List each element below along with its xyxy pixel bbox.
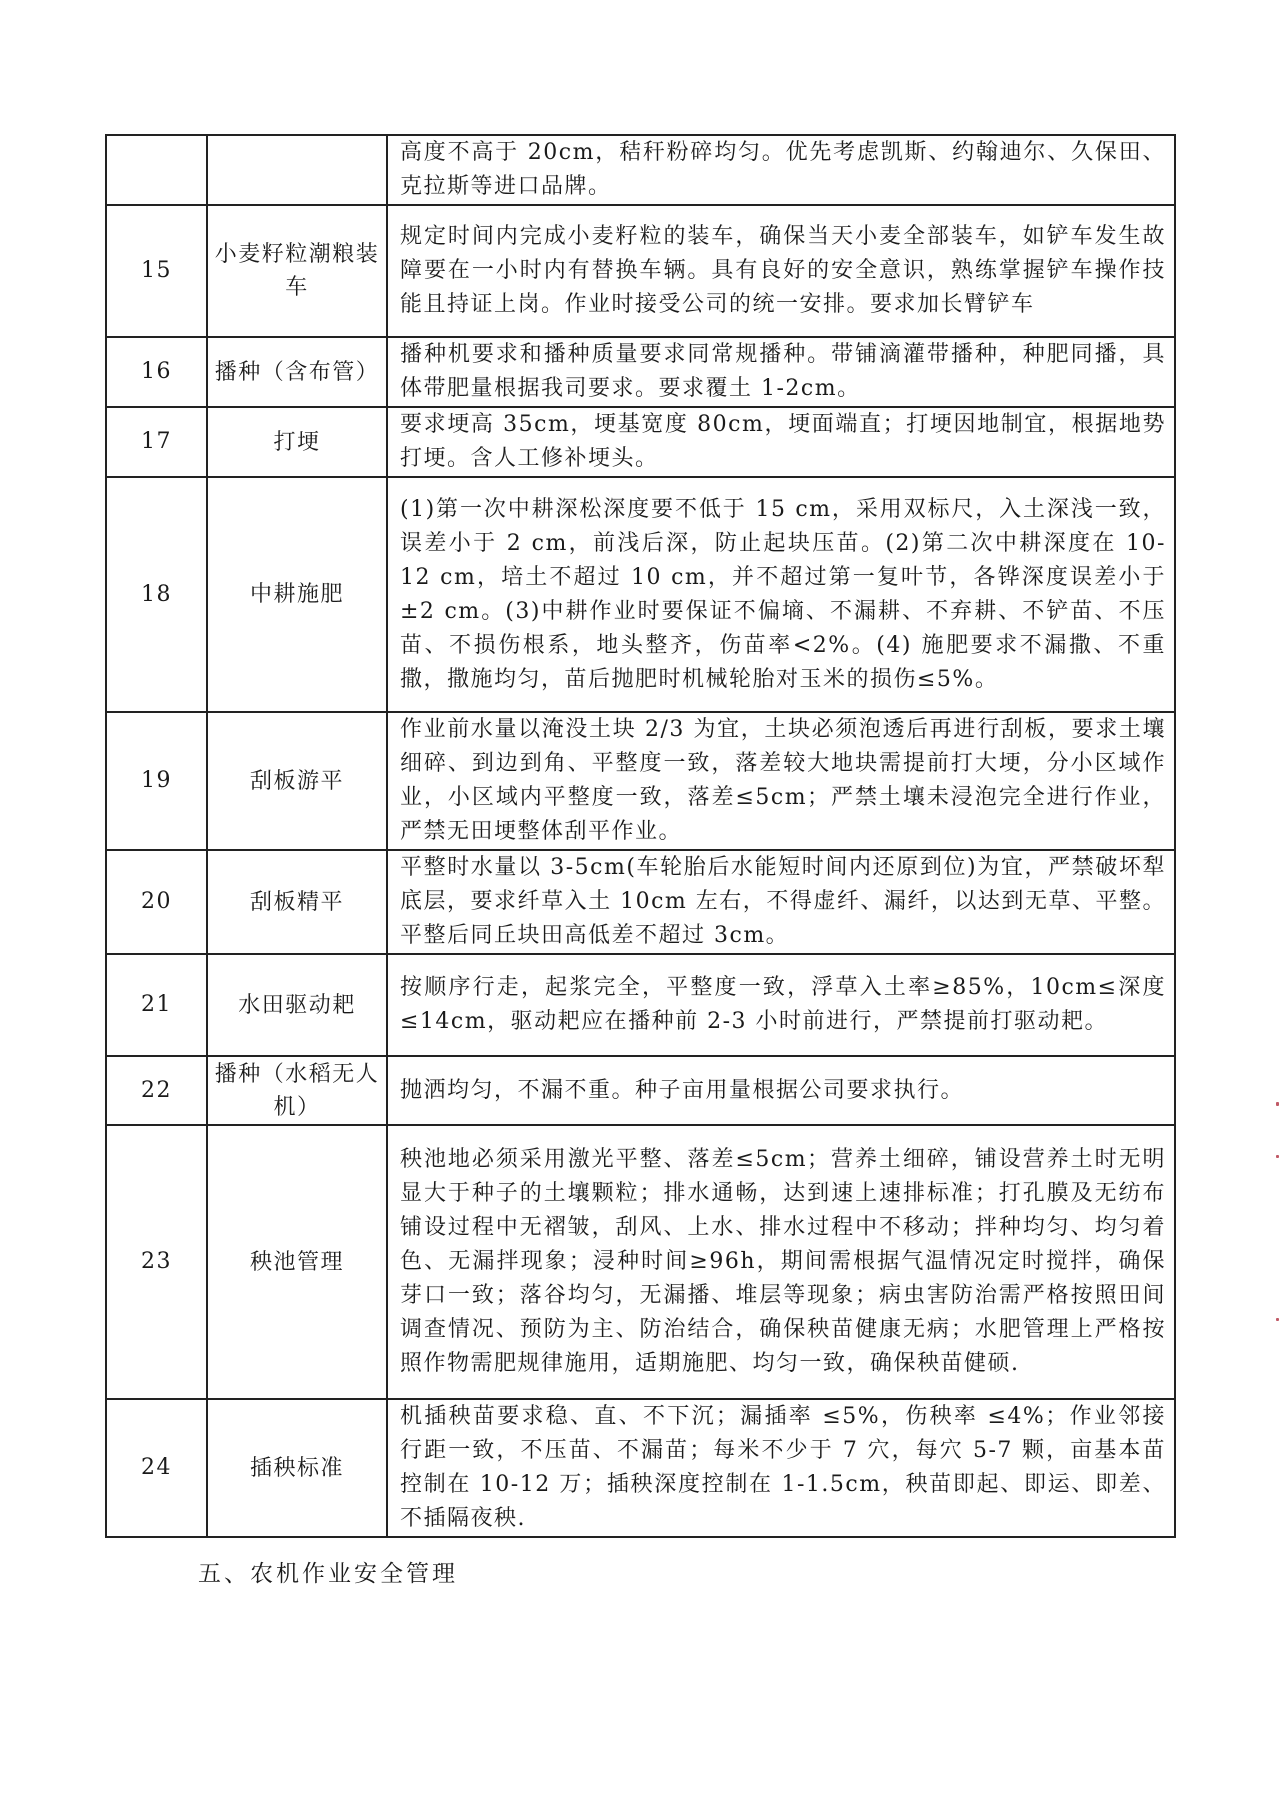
table-row: 18中耕施肥(1)第一次中耕深松深度要不低于 15 cm，采用双标尺，入土深浅一… (106, 477, 1175, 712)
row-item-name: 水田驱动耙 (207, 954, 387, 1056)
row-number: 21 (106, 954, 207, 1056)
table-row: 23秧池管理秧池地必须采用激光平整、落差≤5cm；营养土细碎，铺设营养土时无明显… (106, 1125, 1175, 1399)
row-item-name: 播种（含布管） (207, 337, 387, 407)
row-requirement: 平整时水量以 3-5cm(车轮胎后水能短时间内还原到位)为宜，严禁破坏犁底层，要… (387, 850, 1175, 954)
table-row: 高度不高于 20cm，秸秆粉碎均匀。优先考虑凯斯、约翰迪尔、久保田、克拉斯等进口… (106, 135, 1175, 205)
requirements-table: 高度不高于 20cm，秸秆粉碎均匀。优先考虑凯斯、约翰迪尔、久保田、克拉斯等进口… (105, 134, 1176, 1538)
row-item-name: 刮板精平 (207, 850, 387, 954)
row-item-name (207, 135, 387, 205)
row-requirement: 作业前水量以淹没土块 2/3 为宜，土块必须泡透后再进行刮板，要求土壤细碎、到边… (387, 712, 1175, 850)
row-number: 18 (106, 477, 207, 712)
row-requirement: 播种机要求和播种质量要求同常规播种。带铺滴灌带播种，种肥同播，具体带肥量根据我司… (387, 337, 1175, 407)
table-row: 24插秧标准机插秧苗要求稳、直、不下沉；漏插率 ≤5%，伤秧率 ≤4%；作业邻接… (106, 1399, 1175, 1537)
table-row: 19刮板游平作业前水量以淹没土块 2/3 为宜，土块必须泡透后再进行刮板，要求土… (106, 712, 1175, 850)
stamp-mark (1276, 1318, 1279, 1321)
row-number: 23 (106, 1125, 207, 1399)
row-requirement: 机插秧苗要求稳、直、不下沉；漏插率 ≤5%，伤秧率 ≤4%；作业邻接行距一致，不… (387, 1399, 1175, 1537)
row-item-name: 插秧标准 (207, 1399, 387, 1537)
row-item-name: 播种（水稻无人机） (207, 1056, 387, 1125)
row-requirement: 规定时间内完成小麦籽粒的装车，确保当天小麦全部装车，如铲车发生故障要在一小时内有… (387, 205, 1175, 337)
row-requirement: 高度不高于 20cm，秸秆粉碎均匀。优先考虑凯斯、约翰迪尔、久保田、克拉斯等进口… (387, 135, 1175, 205)
table-row: 16播种（含布管）播种机要求和播种质量要求同常规播种。带铺滴灌带播种，种肥同播，… (106, 337, 1175, 407)
row-number: 19 (106, 712, 207, 850)
stamp-mark (1276, 1155, 1279, 1158)
stamp-mark (1276, 1102, 1279, 1106)
table-row: 17打埂要求埂高 35cm，埂基宽度 80cm，埂面端直；打埂因地制宜，根据地势… (106, 407, 1175, 477)
row-item-name: 中耕施肥 (207, 477, 387, 712)
row-requirement: (1)第一次中耕深松深度要不低于 15 cm，采用双标尺，入土深浅一致，误差小于… (387, 477, 1175, 712)
row-number (106, 135, 207, 205)
table-row: 15小麦籽粒潮粮装车规定时间内完成小麦籽粒的装车，确保当天小麦全部装车，如铲车发… (106, 205, 1175, 337)
table-body: 高度不高于 20cm，秸秆粉碎均匀。优先考虑凯斯、约翰迪尔、久保田、克拉斯等进口… (106, 135, 1175, 1537)
table-row: 20刮板精平平整时水量以 3-5cm(车轮胎后水能短时间内还原到位)为宜，严禁破… (106, 850, 1175, 954)
row-number: 16 (106, 337, 207, 407)
row-number: 15 (106, 205, 207, 337)
table-row: 21水田驱动耙按顺序行走，起浆完全，平整度一致，浮草入土率≥85%，10cm≤深… (106, 954, 1175, 1056)
row-item-name: 刮板游平 (207, 712, 387, 850)
row-item-name: 秧池管理 (207, 1125, 387, 1399)
row-requirement: 按顺序行走，起浆完全，平整度一致，浮草入土率≥85%，10cm≤深度≤14cm，… (387, 954, 1175, 1056)
row-item-name: 打埂 (207, 407, 387, 477)
row-requirement: 要求埂高 35cm，埂基宽度 80cm，埂面端直；打埂因地制宜，根据地势打埂。含… (387, 407, 1175, 477)
section-heading: 五、农机作业安全管理 (198, 1555, 458, 1588)
row-number: 17 (106, 407, 207, 477)
row-number: 22 (106, 1056, 207, 1125)
row-number: 20 (106, 850, 207, 954)
row-item-name: 小麦籽粒潮粮装车 (207, 205, 387, 337)
table-row: 22播种（水稻无人机）抛洒均匀，不漏不重。种子亩用量根据公司要求执行。 (106, 1056, 1175, 1125)
row-number: 24 (106, 1399, 207, 1537)
row-requirement: 抛洒均匀，不漏不重。种子亩用量根据公司要求执行。 (387, 1056, 1175, 1125)
row-requirement: 秧池地必须采用激光平整、落差≤5cm；营养土细碎，铺设营养土时无明显大于种子的土… (387, 1125, 1175, 1399)
